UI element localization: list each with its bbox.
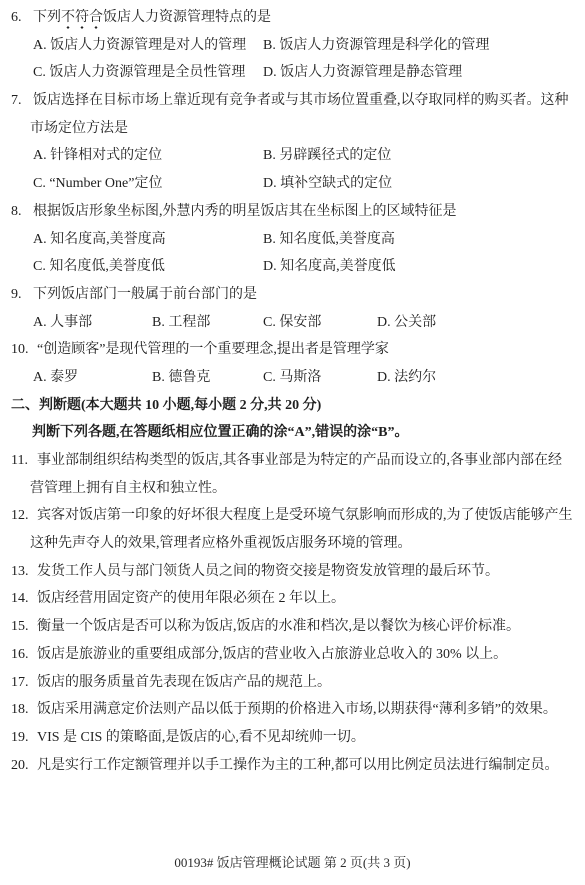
question-10-option-b: B. 德鲁克 bbox=[152, 364, 210, 392]
question-20-text: 凡是实行工作定额管理并以手工操作为主的工种,都可以用比例定员法进行编制定员。 bbox=[37, 758, 559, 773]
question-6-stem: 6.下列不符合饭店人力资源管理特点的是 bbox=[0, 4, 585, 32]
question-18-text: 饭店采用满意定价法则产品以低于预期的价格进入市场,以期获得“薄利多销”的效果。 bbox=[37, 702, 557, 717]
question-7-option-a: A. 针锋相对式的定位 bbox=[33, 142, 162, 170]
question-16: 16.饭店是旅游业的重要组成部分,饭店的营业收入占旅游业总收入的 30% 以上。 bbox=[0, 641, 585, 669]
question-15: 15.衡量一个饭店是否可以称为饭店,饭店的水准和档次,是以餐饮为核心评价标准。 bbox=[0, 613, 585, 641]
question-15-text: 衡量一个饭店是否可以称为饭店,饭店的水准和档次,是以餐饮为核心评价标准。 bbox=[37, 619, 520, 634]
question-18-number: 18. bbox=[11, 696, 37, 724]
question-9-text: 下列饭店部门一般属于前台部门的是 bbox=[33, 287, 257, 302]
question-11-text-line-2: 营管理上拥有自主权和独立性。 bbox=[30, 481, 226, 496]
question-11-line-1: 11.事业部制组织结构类型的饭店,其各事业部是为特定的产品而设立的,各事业部内部… bbox=[0, 447, 585, 475]
question-11-number: 11. bbox=[11, 447, 37, 475]
question-6-option-b: B. 饭店人力资源管理是科学化的管理 bbox=[263, 32, 489, 60]
question-6-text-pre: 下列 bbox=[33, 10, 61, 25]
question-17-number: 17. bbox=[11, 669, 37, 697]
question-16-text: 饭店是旅游业的重要组成部分,饭店的营业收入占旅游业总收入的 30% 以上。 bbox=[37, 647, 507, 662]
question-8-text: 根据饭店形象坐标图,外慧内秀的明星饭店其在坐标图上的区域特征是 bbox=[33, 204, 457, 219]
question-19-text: VIS 是 CIS 的策略面,是饭店的心,看不见却统帅一切。 bbox=[37, 730, 365, 745]
section-2-heading-text: 二、判断题(本大题共 10 小题,每小题 2 分,共 20 分) bbox=[11, 398, 321, 413]
question-7-text-line-2: 市场定位方法是 bbox=[30, 121, 128, 136]
question-13-number: 13. bbox=[11, 558, 37, 586]
question-12-line-2: 这种先声夺人的效果,管理者应格外重视饭店服务环境的管理。 bbox=[0, 530, 585, 558]
question-12-number: 12. bbox=[11, 502, 37, 530]
question-10-option-a: A. 泰罗 bbox=[33, 364, 78, 392]
question-16-number: 16. bbox=[11, 641, 37, 669]
question-6-options-row-2: C. 饭店人力资源管理是全员性管理D. 饭店人力资源管理是静态管理 bbox=[0, 59, 585, 87]
question-6-options-row-1: A. 饭店人力资源管理是对人的管理B. 饭店人力资源管理是科学化的管理 bbox=[0, 32, 585, 60]
question-9-number: 9. bbox=[11, 281, 33, 309]
question-10-option-d: D. 法约尔 bbox=[377, 364, 436, 392]
question-9-options-row: A. 人事部B. 工程部C. 保安部D. 公关部 bbox=[0, 309, 585, 337]
question-12-line-1: 12.宾客对饭店第一印象的好坏很大程度上是受环境气氛影响而形成的,为了使饭店能够… bbox=[0, 502, 585, 530]
question-18: 18.饭店采用满意定价法则产品以低于预期的价格进入市场,以期获得“薄利多销”的效… bbox=[0, 696, 585, 724]
question-6-option-c: C. 饭店人力资源管理是全员性管理 bbox=[33, 59, 245, 87]
question-7-stem-line-1: 7.饭店选择在目标市场上靠近现有竞争者或与其市场位置重叠,以夺取同样的购买者。这… bbox=[0, 87, 585, 115]
question-6-option-d: D. 饭店人力资源管理是静态管理 bbox=[263, 59, 462, 87]
question-10-options-row: A. 泰罗B. 德鲁克C. 马斯洛D. 法约尔 bbox=[0, 364, 585, 392]
question-8-option-b: B. 知名度低,美誉度高 bbox=[263, 226, 395, 254]
question-10-stem: 10.“创造顾客”是现代管理的一个重要理念,提出者是管理学家 bbox=[0, 336, 585, 364]
question-7-number: 7. bbox=[11, 87, 33, 115]
question-7-option-d: D. 填补空缺式的定位 bbox=[263, 170, 392, 198]
exam-body: 6.下列不符合饭店人力资源管理特点的是 A. 饭店人力资源管理是对人的管理B. … bbox=[0, 4, 585, 779]
question-9-option-a: A. 人事部 bbox=[33, 309, 92, 337]
question-19-number: 19. bbox=[11, 724, 37, 752]
question-13: 13.发货工作人员与部门领货人员之间的物资交接是物资发放管理的最后环节。 bbox=[0, 558, 585, 586]
question-8-option-c: C. 知名度低,美誉度低 bbox=[33, 253, 165, 281]
question-8-options-row-2: C. 知名度低,美誉度低D. 知名度高,美誉度低 bbox=[0, 253, 585, 281]
section-2-instruction-text: 判断下列各题,在答题纸相应位置正确的涂“A”,错误的涂“B”。 bbox=[32, 425, 408, 440]
question-6-text-emphasized: 不符合 bbox=[61, 10, 103, 29]
question-9-option-c: C. 保安部 bbox=[263, 309, 321, 337]
question-17: 17.饭店的服务质量首先表现在饭店产品的规范上。 bbox=[0, 669, 585, 697]
question-17-text: 饭店的服务质量首先表现在饭店产品的规范上。 bbox=[37, 675, 331, 690]
question-14: 14.饭店经营用固定资产的使用年限必须在 2 年以上。 bbox=[0, 585, 585, 613]
question-11-line-2: 营管理上拥有自主权和独立性。 bbox=[0, 475, 585, 503]
question-10-number: 10. bbox=[11, 336, 37, 364]
section-2-heading: 二、判断题(本大题共 10 小题,每小题 2 分,共 20 分) bbox=[0, 392, 585, 420]
question-14-text: 饭店经营用固定资产的使用年限必须在 2 年以上。 bbox=[37, 591, 345, 606]
question-13-text: 发货工作人员与部门领货人员之间的物资交接是物资发放管理的最后环节。 bbox=[37, 564, 499, 579]
question-19: 19.VIS 是 CIS 的策略面,是饭店的心,看不见却统帅一切。 bbox=[0, 724, 585, 752]
question-8-options-row-1: A. 知名度高,美誉度高B. 知名度低,美誉度高 bbox=[0, 226, 585, 254]
question-8-number: 8. bbox=[11, 198, 33, 226]
question-6-option-a: A. 饭店人力资源管理是对人的管理 bbox=[33, 32, 246, 60]
question-8-stem: 8.根据饭店形象坐标图,外慧内秀的明星饭店其在坐标图上的区域特征是 bbox=[0, 198, 585, 226]
question-11-text-line-1: 事业部制组织结构类型的饭店,其各事业部是为特定的产品而设立的,各事业部内部在经 bbox=[37, 453, 562, 468]
page-footer-text: 00193# 饭店管理概论试题 第 2 页(共 3 页) bbox=[174, 855, 410, 870]
question-20-number: 20. bbox=[11, 752, 37, 780]
question-10-text: “创造顾客”是现代管理的一个重要理念,提出者是管理学家 bbox=[37, 342, 389, 357]
question-6-number: 6. bbox=[11, 4, 33, 32]
question-10-option-c: C. 马斯洛 bbox=[263, 364, 321, 392]
question-7-stem-line-2: 市场定位方法是 bbox=[0, 115, 585, 143]
question-7-text-line-1: 饭店选择在目标市场上靠近现有竞争者或与其市场位置重叠,以夺取同样的购买者。这种 bbox=[33, 93, 569, 108]
question-7-options-row-2: C. “Number One”定位D. 填补空缺式的定位 bbox=[0, 170, 585, 198]
question-8-option-a: A. 知名度高,美誉度高 bbox=[33, 226, 166, 254]
exam-paper-page: 6.下列不符合饭店人力资源管理特点的是 A. 饭店人力资源管理是对人的管理B. … bbox=[0, 0, 585, 885]
question-12-text-line-2: 这种先声夺人的效果,管理者应格外重视饭店服务环境的管理。 bbox=[30, 536, 412, 551]
question-9-option-d: D. 公关部 bbox=[377, 309, 436, 337]
question-7-options-row-1: A. 针锋相对式的定位B. 另辟蹊径式的定位 bbox=[0, 142, 585, 170]
question-7-option-c: C. “Number One”定位 bbox=[33, 170, 162, 198]
section-2-instruction: 判断下列各题,在答题纸相应位置正确的涂“A”,错误的涂“B”。 bbox=[0, 419, 585, 447]
question-8-option-d: D. 知名度高,美誉度低 bbox=[263, 253, 396, 281]
question-12-text-line-1: 宾客对饭店第一印象的好坏很大程度上是受环境气氛影响而形成的,为了使饭店能够产生 bbox=[37, 508, 573, 523]
question-6-text-post: 饭店人力资源管理特点的是 bbox=[103, 10, 271, 25]
question-14-number: 14. bbox=[11, 585, 37, 613]
question-9-option-b: B. 工程部 bbox=[152, 309, 210, 337]
question-7-option-b: B. 另辟蹊径式的定位 bbox=[263, 142, 391, 170]
question-15-number: 15. bbox=[11, 613, 37, 641]
question-20: 20.凡是实行工作定额管理并以手工操作为主的工种,都可以用比例定员法进行编制定员… bbox=[0, 752, 585, 780]
page-footer: 00193# 饭店管理概论试题 第 2 页(共 3 页) bbox=[0, 852, 585, 871]
question-9-stem: 9.下列饭店部门一般属于前台部门的是 bbox=[0, 281, 585, 309]
